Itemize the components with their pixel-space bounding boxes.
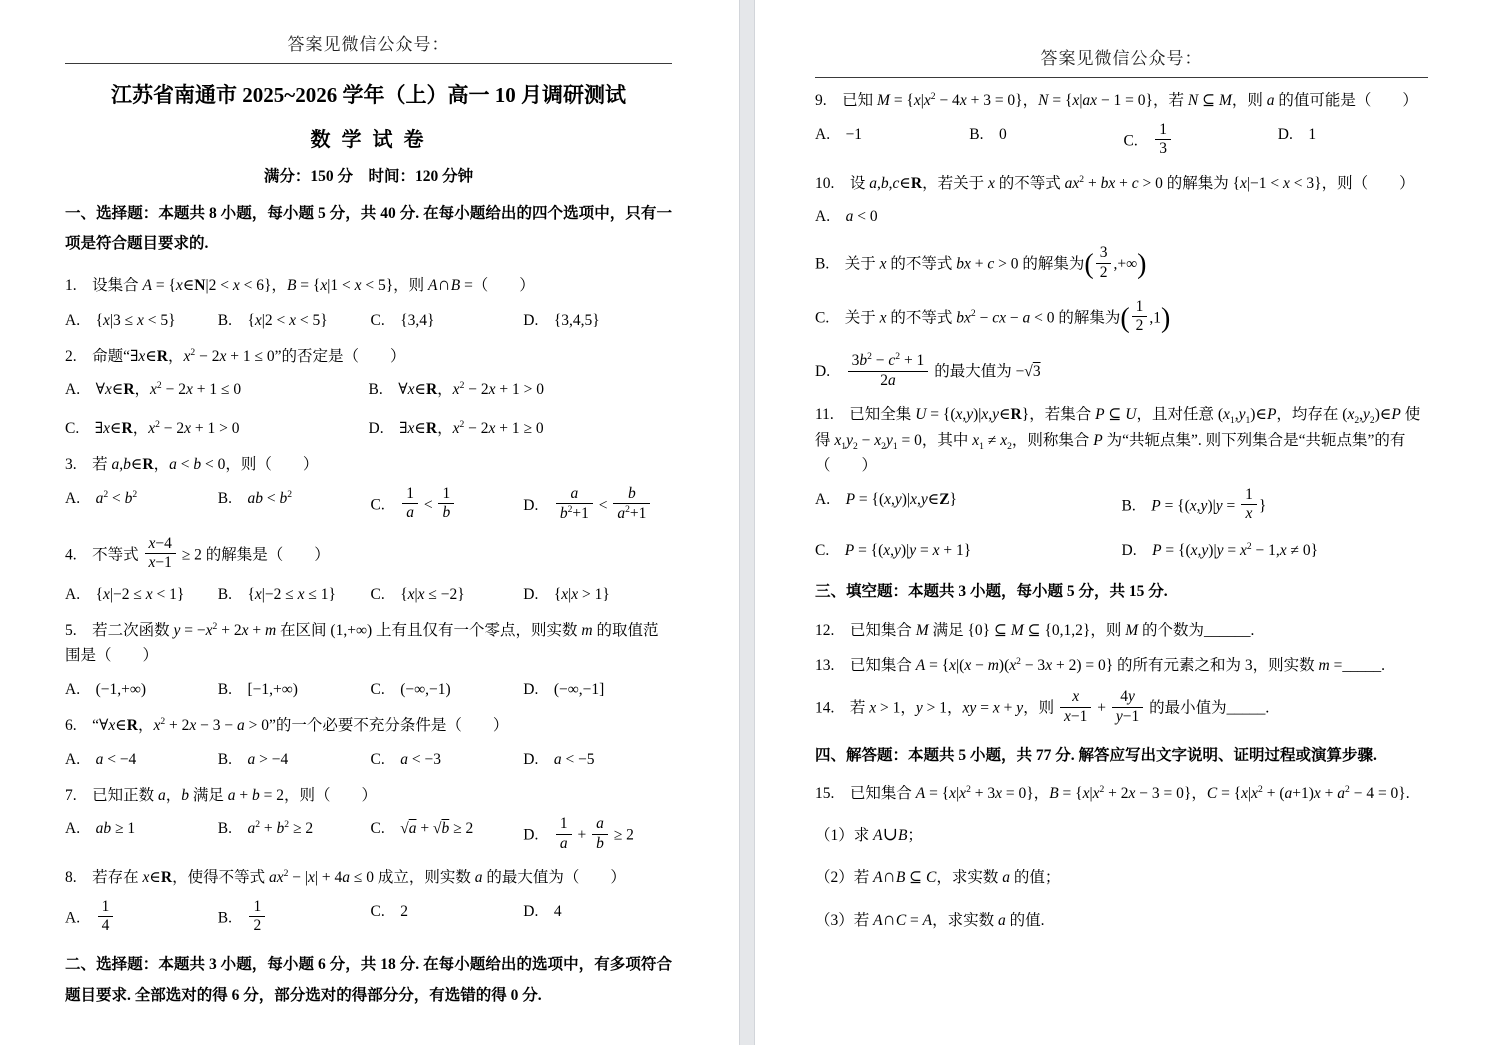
page-header-right: 答案见微信公众号： <box>815 44 1428 78</box>
page-header-left: 答案见微信公众号： <box>65 30 672 64</box>
question-8-option-a: A. 14 <box>65 900 214 938</box>
question-3-option-c: C. 1a < 1b <box>371 487 520 526</box>
question-4-option-b: B. {x|−2 ≤ x ≤ 1} <box>218 583 367 608</box>
question-13-stem: 13. 已知集合 A = {x|(x − m)(x2 − 3x + 2) = 0… <box>815 654 1428 679</box>
question-11-stem: 11. 已知全集 U = {(x,y)|x,y∈R}，若集合 P ⊆ U，且对任… <box>815 403 1428 479</box>
question-4-stem: 4. 不等式 x−4x−1 ≥ 2 的解集是（ ） <box>65 537 672 575</box>
question-3-option-a: A. a2 < b2 <box>65 487 214 526</box>
header-note-left: 答案见微信公众号： <box>288 35 450 54</box>
question-12: 12. 已知集合 M 满足 {0} ⊆ M ⊆ {0,1,2}，则 M 的个数为… <box>815 619 1428 644</box>
question-6-options: A. a < −4 B. a > −4 C. a < −3 D. a < −5 <box>65 748 672 773</box>
question-9: 9. 已知 M = {x|x2 − 4x + 3 = 0}，N = {x|ax … <box>815 89 1428 161</box>
question-5-option-b: B. [−1,+∞) <box>218 678 367 703</box>
question-3: 3. 若 a,b∈R，a < b < 0，则（ ） A. a2 < b2 B. … <box>65 453 672 526</box>
section2-heading: 二、选择题：本题共 3 小题，每小题 6 分，共 18 分. 在每小题给出的选项… <box>65 950 672 1010</box>
question-11-options: A. P = {(x,y)|x,y∈Z} B. P = {(x,y)|y = 1… <box>815 488 1428 565</box>
question-7-option-b: B. a2 + b2 ≥ 2 <box>218 817 367 855</box>
question-2: 2. 命题“∃x∈R，x2 − 2x + 1 ≤ 0”的否定是（ ） A. ∀x… <box>65 345 672 443</box>
question-1-option-d: D. {3,4,5} <box>523 309 672 334</box>
question-1-option-a: A. {x|3 ≤ x < 5} <box>65 309 214 334</box>
question-4-options: A. {x|−2 ≤ x < 1} B. {x|−2 ≤ x ≤ 1} C. {… <box>65 583 672 608</box>
question-9-option-c: C. 13 <box>1124 123 1274 161</box>
question-9-option-a: A. −1 <box>815 123 965 161</box>
section1-heading: 一、选择题：本题共 8 小题，每小题 5 分，共 40 分. 在每小题给出的四个… <box>65 199 672 259</box>
question-11: 11. 已知全集 U = {(x,y)|x,y∈R}，若集合 P ⊆ U，且对任… <box>815 403 1428 564</box>
question-15-stem: 15. 已知集合 A = {x|x2 + 3x = 0}，B = {x|x2 +… <box>815 782 1428 807</box>
question-9-options: A. −1 B. 0 C. 13 D. 1 <box>815 123 1428 161</box>
question-8-stem: 8. 若存在 x∈R，使得不等式 ax2 − |x| + 4a ≤ 0 成立，则… <box>65 866 672 891</box>
question-14-stem: 14. 若 x > 1，y > 1，xy = x + y，则 xx−1 + 4y… <box>815 690 1428 728</box>
question-5-option-c: C. (−∞,−1) <box>371 678 520 703</box>
question-8-option-d: D. 4 <box>523 900 672 938</box>
question-2-options: A. ∀x∈R，x2 − 2x + 1 ≤ 0 B. ∀x∈R，x2 − 2x … <box>65 378 672 442</box>
question-10-option-c: C. 关于 x 的不等式 bx2 − cx − a < 0 的解集为(12,1) <box>815 300 1428 338</box>
question-6: 6. “∀x∈R，x2 + 2x − 3 − a > 0”的一个必要不充分条件是… <box>65 714 672 773</box>
exam-title: 江苏省南通市 2025~2026 学年（上）高一 10 月调研测试 <box>65 79 672 109</box>
question-6-option-a: A. a < −4 <box>65 748 214 773</box>
question-2-option-d: D. ∃x∈R，x2 − 2x + 1 ≥ 0 <box>369 417 673 442</box>
question-9-stem: 9. 已知 M = {x|x2 − 4x + 3 = 0}，N = {x|ax … <box>815 89 1428 114</box>
question-14: 14. 若 x > 1，y > 1，xy = x + y，则 xx−1 + 4y… <box>815 690 1428 728</box>
question-6-stem: 6. “∀x∈R，x2 + 2x − 3 − a > 0”的一个必要不充分条件是… <box>65 714 672 739</box>
question-1-options: A. {x|3 ≤ x < 5} B. {x|2 < x < 5} C. {3,… <box>65 309 672 334</box>
question-11-option-a: A. P = {(x,y)|x,y∈Z} <box>815 488 1122 526</box>
question-4-option-d: D. {x|x > 1} <box>523 583 672 608</box>
question-7-option-a: A. ab ≥ 1 <box>65 817 214 855</box>
exam-meta: 满分：150 分 时间：120 分钟 <box>65 164 672 186</box>
page-left: 答案见微信公众号： 江苏省南通市 2025~2026 学年（上）高一 10 月调… <box>0 0 739 1045</box>
question-12-stem: 12. 已知集合 M 满足 {0} ⊆ M ⊆ {0,1,2}，则 M 的个数为… <box>815 619 1428 644</box>
question-6-option-b: B. a > −4 <box>218 748 367 773</box>
exam-subject: 数 学 试 卷 <box>65 123 672 152</box>
question-10-option-b: B. 关于 x 的不等式 bx + c > 0 的解集为(32,+∞) <box>815 246 1428 284</box>
question-4-option-a: A. {x|−2 ≤ x < 1} <box>65 583 214 608</box>
question-3-options: A. a2 < b2 B. ab < b2 C. 1a < 1b D. ab2+… <box>65 487 672 526</box>
question-6-option-d: D. a < −5 <box>523 748 672 773</box>
question-10: 10. 设 a,b,c∈R，若关于 x 的不等式 ax2 + bx + c > … <box>815 172 1428 393</box>
question-1-stem: 1. 设集合 A = {x∈N|2 < x < 6}，B = {x|1 < x … <box>65 270 672 299</box>
question-2-option-b: B. ∀x∈R，x2 − 2x + 1 > 0 <box>369 378 673 403</box>
question-6-option-c: C. a < −3 <box>371 748 520 773</box>
question-2-stem: 2. 命题“∃x∈R，x2 − 2x + 1 ≤ 0”的否定是（ ） <box>65 345 672 370</box>
document-canvas: 答案见微信公众号： 江苏省南通市 2025~2026 学年（上）高一 10 月调… <box>0 0 1494 1045</box>
question-10-option-d: D. 3b2 − c2 + 12a 的最大值为 −√3 <box>815 353 1428 392</box>
question-15-part-3: （3）若 A∩C = A，求实数 a 的值. <box>815 905 1428 934</box>
section4-heading: 四、解答题：本题共 5 小题，共 77 分. 解答应写出文字说明、证明过程或演算… <box>815 741 1428 771</box>
header-note-right: 答案见微信公众号： <box>1041 49 1203 68</box>
question-2-option-a: A. ∀x∈R，x2 − 2x + 1 ≤ 0 <box>65 378 369 403</box>
question-7-options: A. ab ≥ 1 B. a2 + b2 ≥ 2 C. √a + √b ≥ 2 … <box>65 817 672 855</box>
page-right: 答案见微信公众号： 9. 已知 M = {x|x2 − 4x + 3 = 0}，… <box>755 0 1494 1045</box>
question-5-options: A. (−1,+∞) B. [−1,+∞) C. (−∞,−1) D. (−∞,… <box>65 678 672 703</box>
question-8-option-c: C. 2 <box>371 900 520 938</box>
question-1-option-c: C. {3,4} <box>371 309 520 334</box>
question-5-option-a: A. (−1,+∞) <box>65 678 214 703</box>
question-5: 5. 若二次函数 y = −x2 + 2x + m 在区间 (1,+∞) 上有且… <box>65 619 672 703</box>
section3-heading: 三、填空题：本题共 3 小题，每小题 5 分，共 15 分. <box>815 577 1428 607</box>
question-3-option-d: D. ab2+1 < ba2+1 <box>523 487 672 526</box>
question-4: 4. 不等式 x−4x−1 ≥ 2 的解集是（ ） A. {x|−2 ≤ x <… <box>65 537 672 608</box>
question-10-option-a: A. a < 0 <box>815 205 1428 230</box>
question-5-option-d: D. (−∞,−1] <box>523 678 672 703</box>
question-5-stem: 5. 若二次函数 y = −x2 + 2x + m 在区间 (1,+∞) 上有且… <box>65 619 672 669</box>
question-1-option-b: B. {x|2 < x < 5} <box>218 309 367 334</box>
question-7: 7. 已知正数 a，b 满足 a + b = 2，则（ ） A. ab ≥ 1 … <box>65 784 672 855</box>
question-13: 13. 已知集合 A = {x|(x − m)(x2 − 3x + 2) = 0… <box>815 654 1428 679</box>
question-8-options: A. 14 B. 12 C. 2 D. 4 <box>65 900 672 938</box>
question-7-option-d: D. 1a + ab ≥ 2 <box>523 817 672 855</box>
question-15-part-1: （1）求 A∪B； <box>815 820 1428 849</box>
question-9-option-d: D. 1 <box>1278 123 1428 161</box>
question-7-option-c: C. √a + √b ≥ 2 <box>371 817 520 855</box>
question-7-stem: 7. 已知正数 a，b 满足 a + b = 2，则（ ） <box>65 784 672 809</box>
page-gap-divider <box>739 0 755 1045</box>
question-8: 8. 若存在 x∈R，使得不等式 ax2 − |x| + 4a ≤ 0 成立，则… <box>65 866 672 938</box>
question-2-option-c: C. ∃x∈R，x2 − 2x + 1 > 0 <box>65 417 369 442</box>
question-8-option-b: B. 12 <box>218 900 367 938</box>
question-4-option-c: C. {x|x ≤ −2} <box>371 583 520 608</box>
question-3-stem: 3. 若 a,b∈R，a < b < 0，则（ ） <box>65 453 672 478</box>
question-11-option-b: B. P = {(x,y)|y = 1x} <box>1122 488 1429 526</box>
question-3-option-b: B. ab < b2 <box>218 487 367 526</box>
question-11-option-c: C. P = {(x,y)|y = x + 1} <box>815 539 1122 564</box>
question-15: 15. 已知集合 A = {x|x2 + 3x = 0}，B = {x|x2 +… <box>815 782 1428 934</box>
question-11-option-d: D. P = {(x,y)|y = x2 − 1,x ≠ 0} <box>1122 539 1429 564</box>
question-10-stem: 10. 设 a,b,c∈R，若关于 x 的不等式 ax2 + bx + c > … <box>815 172 1428 197</box>
question-9-option-b: B. 0 <box>969 123 1119 161</box>
question-1: 1. 设集合 A = {x∈N|2 < x < 6}，B = {x|1 < x … <box>65 270 672 333</box>
question-10-options: A. a < 0 B. 关于 x 的不等式 bx + c > 0 的解集为(32… <box>815 205 1428 392</box>
question-15-part-2: （2）若 A∩B ⊆ C，求实数 a 的值； <box>815 862 1428 891</box>
